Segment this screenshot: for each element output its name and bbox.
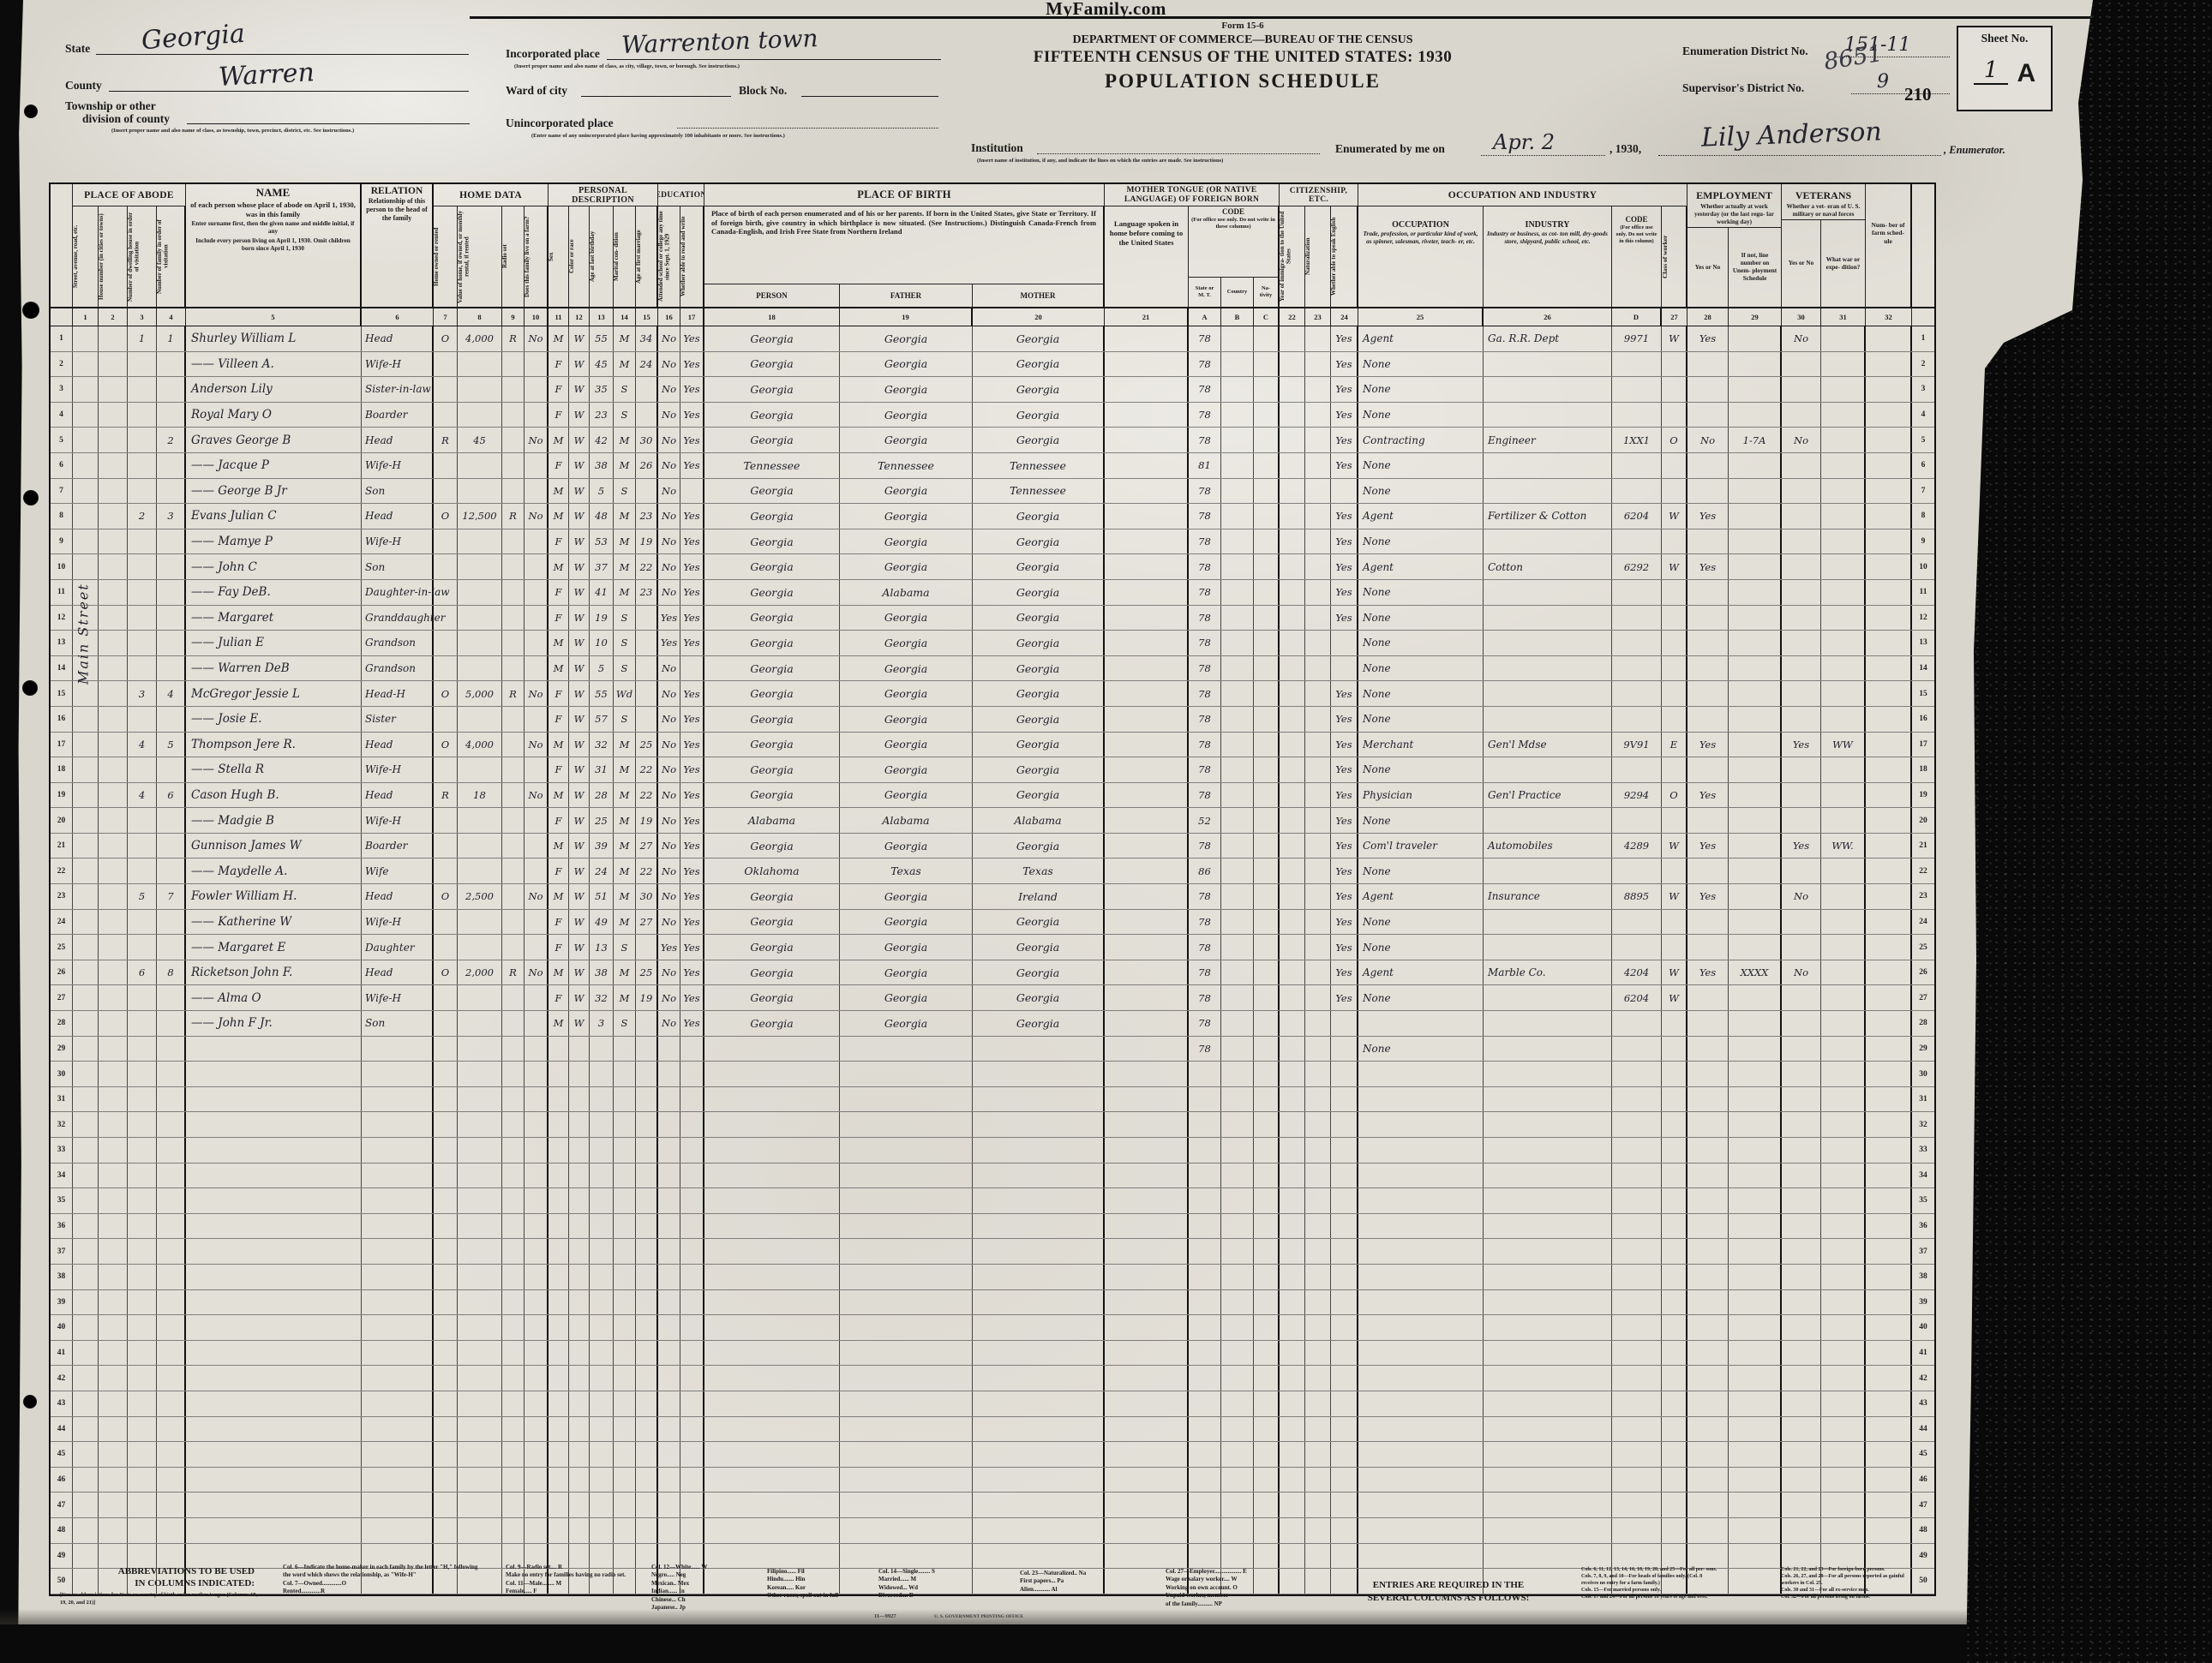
cell-eng: Yes xyxy=(1331,403,1358,428)
cell-nat xyxy=(1305,1214,1331,1239)
header-occupation: OCCUPATION Trade, profession, or particu… xyxy=(1358,206,1484,308)
cell-emp xyxy=(1687,757,1729,782)
county-label: County xyxy=(65,79,102,93)
cell-street xyxy=(73,960,99,985)
cell-mb: Georgia xyxy=(973,1011,1105,1036)
cell-imm xyxy=(1280,1391,1305,1416)
column-number: 27 xyxy=(1662,308,1687,326)
cell-own xyxy=(434,1417,458,1442)
cell-war xyxy=(1821,1112,1866,1137)
cell-war xyxy=(1821,428,1866,452)
cell-cD: 1XX1 xyxy=(1612,428,1662,452)
cell-rel xyxy=(362,1138,434,1163)
cell-fam xyxy=(157,1214,186,1239)
cell-rw: Yes xyxy=(680,834,704,858)
cell-pb xyxy=(704,1062,840,1086)
cell-sex: M xyxy=(549,656,569,681)
township-label-1: Township or other xyxy=(65,99,156,113)
cell-imm xyxy=(1280,783,1305,808)
cell-sch: No xyxy=(658,554,680,579)
cell-val xyxy=(458,1239,502,1264)
cell-rw xyxy=(680,1417,704,1442)
cell-cD xyxy=(1612,1037,1662,1062)
cell-name xyxy=(186,1417,362,1442)
cell-eng: Yes xyxy=(1331,935,1358,960)
cell-mb xyxy=(973,1062,1105,1086)
column-number: 2 xyxy=(99,308,128,326)
cell-ln: 21 xyxy=(51,834,73,858)
cell-unemp xyxy=(1729,1290,1782,1315)
cell-fsch xyxy=(1866,1011,1912,1036)
cell-imm xyxy=(1280,606,1305,631)
column-number: 8 xyxy=(458,308,502,326)
cell-cls xyxy=(1662,1112,1687,1137)
cell-unemp xyxy=(1729,656,1782,681)
cell-age: 37 xyxy=(590,554,614,579)
cell-vet xyxy=(1782,1037,1821,1062)
cell-fam xyxy=(157,453,186,478)
cell-unemp xyxy=(1729,529,1782,554)
cell-agem xyxy=(636,403,658,428)
cell-ln: 17 xyxy=(1912,733,1934,757)
cell-agem: 22 xyxy=(636,757,658,782)
cell-unemp xyxy=(1729,1011,1782,1036)
cell-ind xyxy=(1484,707,1612,732)
cell-cA xyxy=(1189,1366,1221,1391)
cell-fam xyxy=(157,656,186,681)
cell-fb: Georgia xyxy=(840,504,973,529)
cell-dw xyxy=(128,707,157,732)
cell-fb: Georgia xyxy=(840,631,973,655)
cell-rel: Wife-H xyxy=(362,453,434,478)
cell-vet xyxy=(1782,504,1821,529)
cell-unemp xyxy=(1729,504,1782,529)
cell-cls xyxy=(1662,1544,1687,1569)
cell-sch xyxy=(658,1062,680,1086)
cell-sex xyxy=(549,1417,569,1442)
cell-sch: No xyxy=(658,377,680,402)
cell-sch xyxy=(658,1391,680,1416)
cell-rel: Grandson xyxy=(362,631,434,655)
cell-fb xyxy=(840,1442,973,1467)
cell-vet: No xyxy=(1782,428,1821,452)
cell-imm xyxy=(1280,1366,1305,1391)
cell-sex xyxy=(549,1290,569,1315)
cell-cB xyxy=(1221,1315,1254,1340)
cell-pb: Georgia xyxy=(704,631,840,655)
cell-radio: R xyxy=(502,326,525,351)
cell-lang xyxy=(1105,580,1189,605)
cell-age xyxy=(590,1518,614,1543)
cell-val: 2,000 xyxy=(458,960,502,985)
cell-nat xyxy=(1305,1164,1331,1188)
cell-pb xyxy=(704,1087,840,1112)
cell-mar xyxy=(614,1112,636,1137)
cell-rw: Yes xyxy=(680,631,704,655)
cell-race xyxy=(569,1518,590,1543)
cell-lang xyxy=(1105,352,1189,377)
cell-war xyxy=(1821,606,1866,631)
cell-pb xyxy=(704,1417,840,1442)
cell-vet xyxy=(1782,352,1821,377)
cell-cls xyxy=(1662,606,1687,631)
cell-dw: 3 xyxy=(128,681,157,706)
cell-rw: Yes xyxy=(680,985,704,1010)
cell-sch xyxy=(658,1442,680,1467)
cell-rw xyxy=(680,1239,704,1264)
cell-dw xyxy=(128,1366,157,1391)
line-number-col-right xyxy=(1912,184,1934,308)
cell-rw: Yes xyxy=(680,504,704,529)
table-row: 21Gunnison James WBoarderMW39M27NoYesGeo… xyxy=(51,834,1934,859)
cell-race: W xyxy=(569,352,590,377)
cell-agem xyxy=(636,1315,658,1340)
cell-cC xyxy=(1254,1265,1280,1289)
cell-fsch xyxy=(1866,656,1912,681)
cell-fb: Georgia xyxy=(840,985,973,1010)
cell-cC xyxy=(1254,326,1280,351)
cell-lang xyxy=(1105,808,1189,833)
cell-dw xyxy=(128,985,157,1010)
cell-val xyxy=(458,1290,502,1315)
cell-own xyxy=(434,580,458,605)
cell-emp xyxy=(1687,403,1729,428)
cell-cB xyxy=(1221,1518,1254,1543)
cell-cls xyxy=(1662,858,1687,883)
cell-cC xyxy=(1254,1062,1280,1086)
table-row: 4242 xyxy=(51,1366,1934,1391)
cell-sch xyxy=(658,1164,680,1188)
cell-emp: No xyxy=(1687,428,1729,452)
cell-nat xyxy=(1305,1391,1331,1416)
cell-race: W xyxy=(569,326,590,351)
cell-race: W xyxy=(569,834,590,858)
cell-house xyxy=(99,453,128,478)
cell-pb: Alabama xyxy=(704,808,840,833)
cell-imm xyxy=(1280,1315,1305,1340)
cell-occ xyxy=(1358,1239,1484,1264)
cell-sch: Yes xyxy=(658,606,680,631)
cell-ln: 46 xyxy=(1912,1468,1934,1493)
cell-nat xyxy=(1305,1087,1331,1112)
cell-own xyxy=(434,1011,458,1036)
abbrev-col12b: Filipino...... Fil Hindu....... Hin Kore… xyxy=(767,1568,861,1600)
cell-imm xyxy=(1280,681,1305,706)
cell-war xyxy=(1821,858,1866,883)
cell-race xyxy=(569,1112,590,1137)
cell-house xyxy=(99,606,128,631)
cell-age: 13 xyxy=(590,935,614,960)
cell-cC xyxy=(1254,783,1280,808)
cell-rw xyxy=(680,1188,704,1213)
cell-cls xyxy=(1662,479,1687,504)
cell-occ xyxy=(1358,1366,1484,1391)
cell-val xyxy=(458,1087,502,1112)
cell-mar xyxy=(614,1417,636,1442)
cell-lang xyxy=(1105,757,1189,782)
cell-occ xyxy=(1358,1518,1484,1543)
column-number: 18 xyxy=(704,308,840,326)
cell-imm xyxy=(1280,554,1305,579)
cell-cls xyxy=(1662,1062,1687,1086)
cell-cB xyxy=(1221,1164,1254,1188)
cell-cA: 78 xyxy=(1189,733,1221,757)
cell-nat xyxy=(1305,1544,1331,1569)
cell-mb xyxy=(973,1214,1105,1239)
cell-pb: Oklahoma xyxy=(704,858,840,883)
cell-unemp xyxy=(1729,326,1782,351)
cell-sex: F xyxy=(549,757,569,782)
cell-street xyxy=(73,1315,99,1340)
state-label: State xyxy=(65,42,90,56)
cell-cC xyxy=(1254,529,1280,554)
column-number: 19 xyxy=(840,308,973,326)
header-family-number: Number of family in order of visitation xyxy=(157,206,186,308)
sheet-label: Sheet No. xyxy=(1958,32,2051,45)
cell-ind xyxy=(1484,985,1612,1010)
cell-own xyxy=(434,1138,458,1163)
cell-house xyxy=(99,1290,128,1315)
cell-own: O xyxy=(434,504,458,529)
cell-agem xyxy=(636,1468,658,1493)
cell-rw: Yes xyxy=(680,707,704,732)
cell-fsch xyxy=(1866,733,1912,757)
cell-race: W xyxy=(569,631,590,655)
cell-cA xyxy=(1189,1417,1221,1442)
cell-vet xyxy=(1782,1366,1821,1391)
cell-radio xyxy=(502,1290,525,1315)
cell-farm xyxy=(525,1239,549,1264)
cell-farm xyxy=(525,1518,549,1543)
cell-sch: No xyxy=(658,834,680,858)
cell-ind xyxy=(1484,1062,1612,1086)
cell-cC xyxy=(1254,707,1280,732)
cell-pb: Georgia xyxy=(704,783,840,808)
header-place-of-birth: PLACE OF BIRTH xyxy=(704,184,1105,206)
cell-cB xyxy=(1221,858,1254,883)
cell-dw xyxy=(128,377,157,402)
cell-imm xyxy=(1280,858,1305,883)
cell-race: W xyxy=(569,681,590,706)
cell-val: 5,000 xyxy=(458,681,502,706)
cell-street xyxy=(73,1188,99,1213)
cell-unemp xyxy=(1729,403,1782,428)
cell-occ: None xyxy=(1358,757,1484,782)
cell-ln: 38 xyxy=(51,1265,73,1289)
cell-mar xyxy=(614,1341,636,1366)
cell-ind xyxy=(1484,352,1612,377)
cell-cA: 78 xyxy=(1189,529,1221,554)
cell-fam xyxy=(157,834,186,858)
cell-house xyxy=(99,707,128,732)
cell-fb: Georgia xyxy=(840,403,973,428)
cell-fam: 2 xyxy=(157,428,186,452)
cell-farm xyxy=(525,1188,549,1213)
cell-rel: Sister-in-law xyxy=(362,377,434,402)
cell-unemp xyxy=(1729,1265,1782,1289)
cell-pb xyxy=(704,1239,840,1264)
cell-rw xyxy=(680,1214,704,1239)
cell-eng: Yes xyxy=(1331,606,1358,631)
cell-ind: Engineer xyxy=(1484,428,1612,452)
cell-cB xyxy=(1221,1468,1254,1493)
cell-own xyxy=(434,1214,458,1239)
cell-nat xyxy=(1305,1315,1331,1340)
cell-mb xyxy=(973,1239,1105,1264)
cell-sex: F xyxy=(549,529,569,554)
cell-cC xyxy=(1254,1087,1280,1112)
cell-ind xyxy=(1484,529,1612,554)
cell-radio xyxy=(502,453,525,478)
cell-war xyxy=(1821,1518,1866,1543)
cell-name xyxy=(186,1290,362,1315)
cell-cA: 78 xyxy=(1189,707,1221,732)
cell-vet xyxy=(1782,656,1821,681)
cell-fam xyxy=(157,1138,186,1163)
cell-cC xyxy=(1254,606,1280,631)
cell-house xyxy=(99,733,128,757)
cell-cC xyxy=(1254,1442,1280,1467)
cell-cD: 6292 xyxy=(1612,554,1662,579)
cell-cB xyxy=(1221,1290,1254,1315)
cell-cC xyxy=(1254,1214,1280,1239)
cell-occ xyxy=(1358,1011,1484,1036)
cell-ind xyxy=(1484,1138,1612,1163)
cell-emp xyxy=(1687,985,1729,1010)
cell-fb: Georgia xyxy=(840,707,973,732)
cell-ln: 44 xyxy=(1912,1417,1934,1442)
cell-rel xyxy=(362,1468,434,1493)
cell-rel xyxy=(362,1391,434,1416)
cell-own xyxy=(434,1290,458,1315)
cell-farm xyxy=(525,1164,549,1188)
cell-imm xyxy=(1280,1214,1305,1239)
cell-cD xyxy=(1612,479,1662,504)
cell-eng: Yes xyxy=(1331,352,1358,377)
cell-own xyxy=(434,1265,458,1289)
cell-eng: Yes xyxy=(1331,453,1358,478)
cell-ln: 13 xyxy=(51,631,73,655)
cell-pb: Tennessee xyxy=(704,453,840,478)
cell-imm xyxy=(1280,1037,1305,1062)
header-birth-mother: MOTHER xyxy=(973,284,1103,307)
cell-mb: Georgia xyxy=(973,656,1105,681)
cell-cB xyxy=(1221,681,1254,706)
cell-pb: Georgia xyxy=(704,1011,840,1036)
cell-fb: Georgia xyxy=(840,757,973,782)
cell-unemp xyxy=(1729,352,1782,377)
cell-lang xyxy=(1105,1417,1189,1442)
cell-name xyxy=(186,1366,362,1391)
cell-farm xyxy=(525,1037,549,1062)
cell-eng: Yes xyxy=(1331,326,1358,351)
cell-farm xyxy=(525,858,549,883)
cell-fsch xyxy=(1866,808,1912,833)
cell-fam xyxy=(157,1265,186,1289)
cell-sch: Yes xyxy=(658,631,680,655)
cell-cA xyxy=(1189,1391,1221,1416)
cell-cls: W xyxy=(1662,960,1687,985)
cell-ind xyxy=(1484,479,1612,504)
cell-fb xyxy=(840,1315,973,1340)
cell-agem: 22 xyxy=(636,554,658,579)
cell-fsch xyxy=(1866,1037,1912,1062)
cell-nat xyxy=(1305,985,1331,1010)
cell-cC xyxy=(1254,1341,1280,1366)
cell-cB xyxy=(1221,1265,1254,1289)
header-dwelling-number: Number of dwelling house in order of vis… xyxy=(128,206,157,308)
enumerator-suffix: , Enumerator. xyxy=(1944,144,2005,157)
cell-occ xyxy=(1358,1417,1484,1442)
cell-occ: Agent xyxy=(1358,504,1484,529)
cell-pb xyxy=(704,1112,840,1137)
form-department: DEPARTMENT OF COMMERCE—BUREAU OF THE CEN… xyxy=(943,33,1543,47)
cell-lang xyxy=(1105,1544,1189,1569)
cell-unemp xyxy=(1729,1544,1782,1569)
cell-eng xyxy=(1331,1366,1358,1391)
cell-ind: Ga. R.R. Dept xyxy=(1484,326,1612,351)
cell-house xyxy=(99,326,128,351)
cell-radio xyxy=(502,403,525,428)
cell-imm xyxy=(1280,935,1305,960)
cell-rw xyxy=(680,1062,704,1086)
cell-cls xyxy=(1662,707,1687,732)
cell-agem: 27 xyxy=(636,910,658,935)
entries-note-a: Cols. 6, 11, 12, 13, 14, 16, 18, 19, 20,… xyxy=(1581,1566,1774,1600)
cell-cC xyxy=(1254,1493,1280,1517)
cell-cD: 9971 xyxy=(1612,326,1662,351)
cell-own xyxy=(434,707,458,732)
cell-imm xyxy=(1280,453,1305,478)
cell-own xyxy=(434,1239,458,1264)
cell-vet xyxy=(1782,554,1821,579)
cell-val xyxy=(458,1112,502,1137)
cell-imm xyxy=(1280,326,1305,351)
cell-agem: 30 xyxy=(636,428,658,452)
cell-val xyxy=(458,1037,502,1062)
cell-ln: 42 xyxy=(51,1366,73,1391)
cell-ind xyxy=(1484,403,1612,428)
cell-lang xyxy=(1105,1493,1189,1517)
cell-cls xyxy=(1662,1037,1687,1062)
cell-ln: 20 xyxy=(1912,808,1934,833)
cell-name: —— Margaret E xyxy=(186,935,362,960)
cell-cls xyxy=(1662,1087,1687,1112)
table-row: 18—— Stella RWife-HFW31M22NoYesGeorgiaGe… xyxy=(51,757,1934,783)
cell-mb: Georgia xyxy=(973,783,1105,808)
cell-street xyxy=(73,884,99,909)
cell-emp: Yes xyxy=(1687,960,1729,985)
cell-rel xyxy=(362,1493,434,1517)
cell-vet xyxy=(1782,910,1821,935)
cell-cB xyxy=(1221,834,1254,858)
cell-occ xyxy=(1358,1087,1484,1112)
cell-ln: 13 xyxy=(1912,631,1934,655)
cell-house xyxy=(99,1366,128,1391)
cell-street xyxy=(73,1265,99,1289)
cell-age: 41 xyxy=(590,580,614,605)
cell-mar: M xyxy=(614,529,636,554)
cell-ln: 5 xyxy=(1912,428,1934,452)
cell-fsch xyxy=(1866,884,1912,909)
cell-ind: Fertilizer & Cotton xyxy=(1484,504,1612,529)
cell-cC xyxy=(1254,1290,1280,1315)
cell-imm xyxy=(1280,1164,1305,1188)
cell-rw: Yes xyxy=(680,960,704,985)
cell-lang xyxy=(1105,1442,1189,1467)
cell-fsch xyxy=(1866,681,1912,706)
cell-dw: 5 xyxy=(128,884,157,909)
